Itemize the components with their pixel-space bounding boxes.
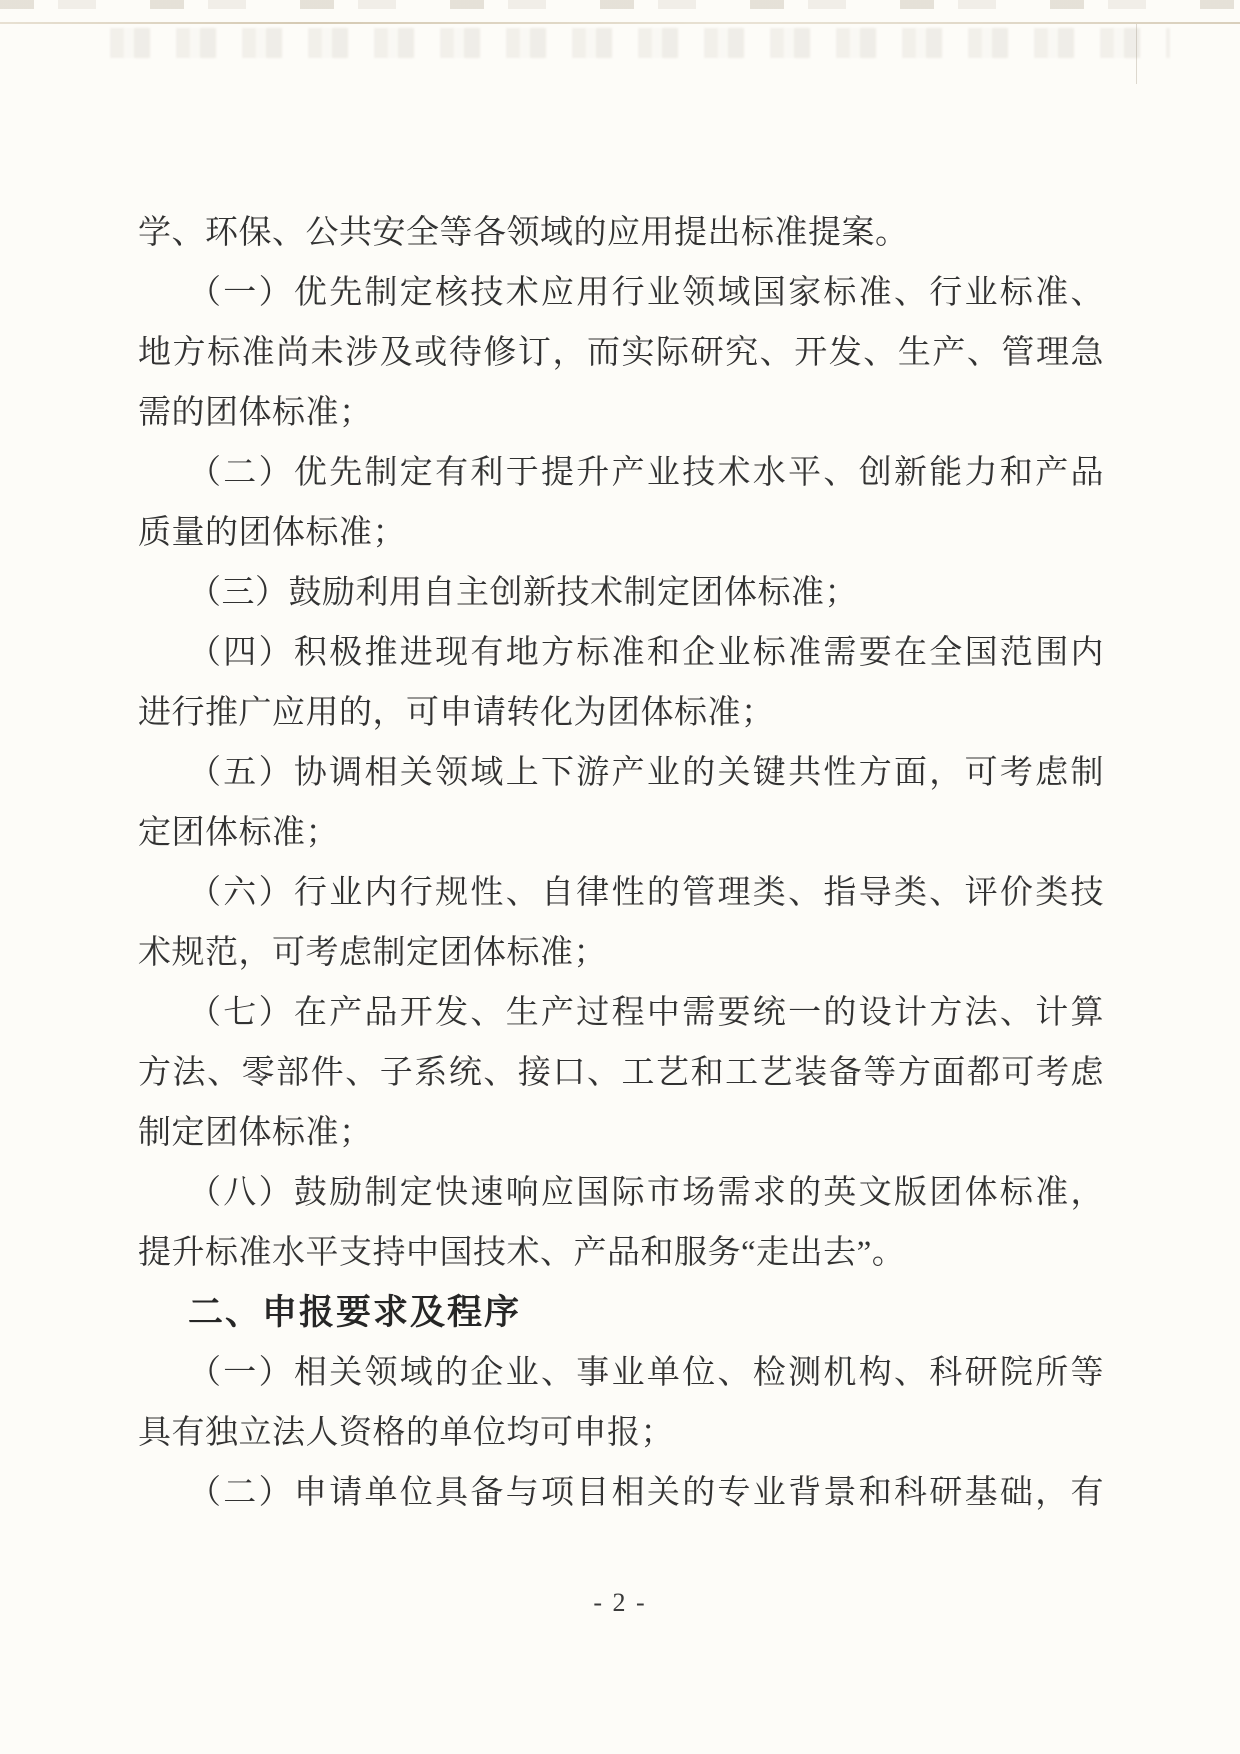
text-line-item-8: （八）鼓励制定快速响应国际市场需求的英文版团体标准， bbox=[138, 1163, 1104, 1223]
text-line-item-5: （五）协调相关领域上下游产业的关键共性方面，可考虑制 bbox=[138, 743, 1104, 803]
scan-edge-artifact bbox=[0, 0, 1240, 9]
text-line-continuation: 学、环保、公共安全等各领域的应用提出标准提案。 bbox=[138, 203, 1104, 263]
page-number: - 2 - bbox=[0, 1588, 1240, 1618]
text-line: 地方标准尚未涉及或待修订，而实际研究、开发、生产、管理急 bbox=[138, 323, 1104, 383]
scan-fold-line bbox=[0, 22, 1240, 24]
text-line-item-7: （七）在产品开发、生产过程中需要统一的设计方法、计算 bbox=[138, 983, 1104, 1043]
text-line: 制定团体标准； bbox=[138, 1103, 1104, 1163]
section-heading: 二、申报要求及程序 bbox=[138, 1283, 1104, 1343]
text-line-item-3: （三）鼓励利用自主创新技术制定团体标准； bbox=[138, 563, 1104, 623]
document-body: 学、环保、公共安全等各领域的应用提出标准提案。 （一）优先制定核技术应用行业领域… bbox=[138, 203, 1104, 1523]
text-line-item-4: （四）积极推进现有地方标准和企业标准需要在全国范围内 bbox=[138, 623, 1104, 683]
text-line: 进行推广应用的，可申请转化为团体标准； bbox=[138, 683, 1104, 743]
text-line: 提升标准水平支持中国技术、产品和服务“走出去”。 bbox=[138, 1223, 1104, 1283]
text-line: 具有独立法人资格的单位均可申报； bbox=[138, 1403, 1104, 1463]
text-line-item-2: （二）优先制定有利于提升产业技术水平、创新能力和产品 bbox=[138, 443, 1104, 503]
scan-vertical-mark bbox=[1136, 24, 1137, 84]
text-line-item-9: （一）相关领域的企业、事业单位、检测机构、科研院所等 bbox=[138, 1343, 1104, 1403]
scanned-document-page: 学、环保、公共安全等各领域的应用提出标准提案。 （一）优先制定核技术应用行业领域… bbox=[0, 0, 1240, 1754]
text-line-item-1: （一）优先制定核技术应用行业领域国家标准、行业标准、 bbox=[138, 263, 1104, 323]
text-line: 质量的团体标准； bbox=[138, 503, 1104, 563]
text-line: 定团体标准； bbox=[138, 803, 1104, 863]
scan-bleedthrough-band bbox=[110, 28, 1170, 58]
text-line-item-6: （六）行业内行规性、自律性的管理类、指导类、评价类技 bbox=[138, 863, 1104, 923]
text-line-item-10: （二）申请单位具备与项目相关的专业背景和科研基础，有 bbox=[138, 1463, 1104, 1523]
text-line: 需的团体标准； bbox=[138, 383, 1104, 443]
text-line: 术规范，可考虑制定团体标准； bbox=[138, 923, 1104, 983]
text-line: 方法、零部件、子系统、接口、工艺和工艺装备等方面都可考虑 bbox=[138, 1043, 1104, 1103]
